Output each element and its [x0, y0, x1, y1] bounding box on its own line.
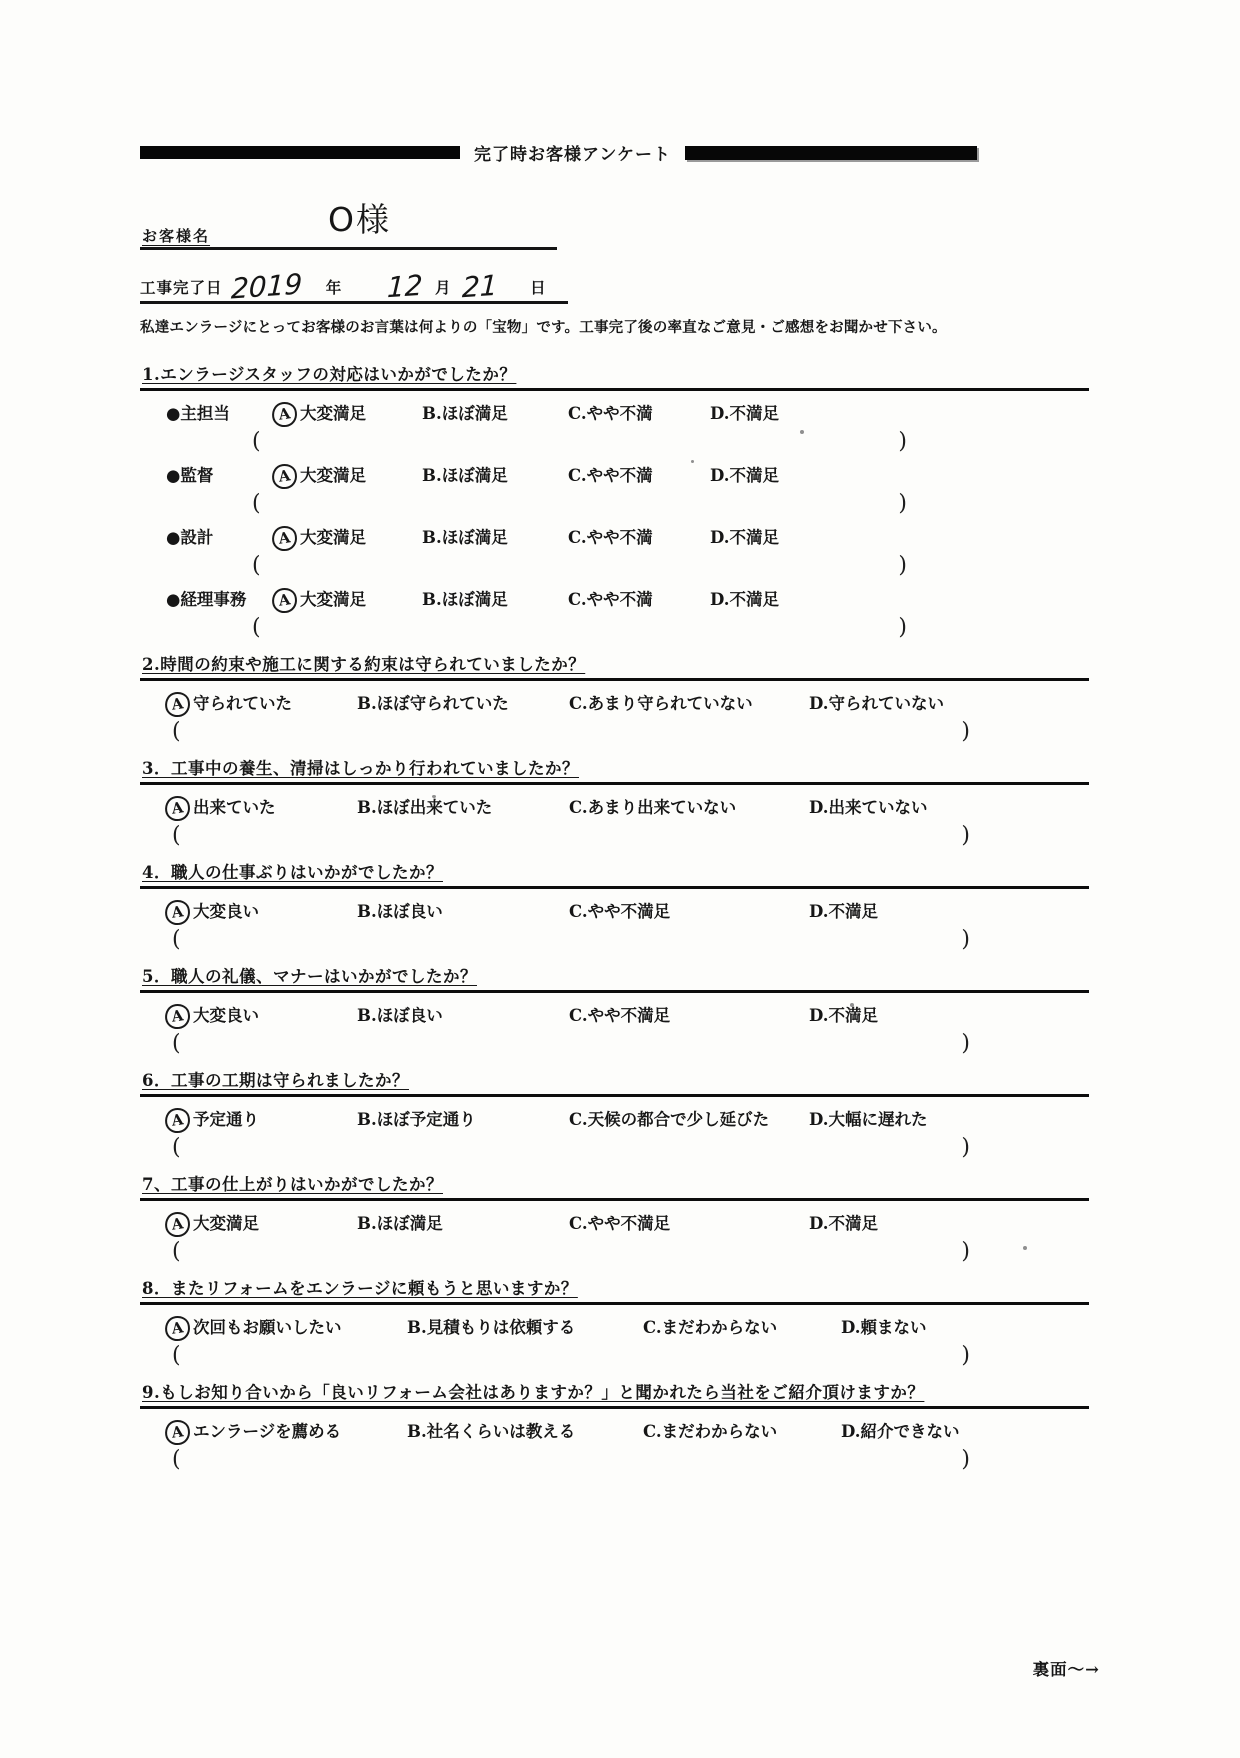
scan-speck — [1023, 1246, 1027, 1250]
option-d: D.不満足 — [710, 526, 779, 551]
handwritten-circle: A — [163, 1418, 191, 1446]
completion-date-year: 2019 — [230, 273, 302, 300]
option-c: C.やや不満足 — [569, 900, 809, 925]
survey-form-scan: 完了時お客様アンケート お客様名 O様 工事完了日 2019 年 12 月 21… — [0, 0, 1240, 1758]
form-header: 完了時お客様アンケート — [140, 140, 1085, 165]
option-a-letter: A — [277, 589, 292, 613]
option-c: C.まだわからない — [643, 1316, 841, 1341]
question-1: 1.エンラージスタッフの対応はいかがでしたか？ ●主担当 A 大変満足 B.ほぼ… — [140, 361, 1240, 639]
option-a-letter: A — [170, 1109, 185, 1133]
option-a-circled: A エンラージを薦める — [165, 1420, 407, 1445]
customer-name-value: O様 — [328, 194, 391, 241]
paren-close: ) — [898, 555, 907, 577]
option-c: C.やや不満 — [568, 464, 710, 489]
paren-close: ) — [898, 431, 907, 453]
question-6: 6．工事の工期は守られましたか？ A 予定通り B.ほぼ予定通り C.天候の都合… — [140, 1067, 1240, 1159]
handwritten-circle: A — [270, 400, 298, 428]
intro-text: 私達エンラージにとってお客様のお言葉は何よりの「宝物」です。工事完了後の率直なご… — [140, 316, 1115, 337]
option-a-text: 大変良い — [193, 900, 259, 925]
back-side-note: 裏面〜→ — [140, 1656, 1100, 1680]
question-8-title: 8．またリフォームをエンラージに頼もうと思いますか？ — [140, 1275, 1089, 1305]
comment-line: ( ) — [172, 1241, 970, 1263]
option-a-letter: A — [170, 1421, 185, 1445]
option-a-circled: A 大変良い — [165, 900, 357, 925]
option-a-circled: A 大変満足 — [272, 526, 422, 551]
question-6-title: 6．工事の工期は守られましたか？ — [140, 1067, 1089, 1097]
option-a-circled: A 予定通り — [165, 1108, 357, 1133]
option-a-letter: A — [170, 797, 185, 821]
option-a-text: 大変満足 — [300, 402, 366, 427]
customer-name-label: お客様名 — [142, 225, 210, 246]
question-4-title: 4．職人の仕事ぶりはいかがでしたか？ — [140, 859, 1089, 889]
option-a-circled: A 大変満足 — [272, 588, 422, 613]
handwritten-circle: A — [163, 898, 191, 926]
comment-line: ( ) — [172, 1345, 970, 1367]
paren-open: ( — [252, 617, 261, 639]
comment-line: ( ) — [252, 617, 907, 639]
paren-close: ) — [961, 1345, 970, 1367]
question-9-options: A エンラージを薦める B.社名くらいは教える C.まだわからない D.紹介でき… — [140, 1420, 1240, 1445]
paren-open: ( — [252, 431, 261, 453]
day-unit: 日 — [530, 276, 546, 298]
row-label: ●監督 — [166, 464, 272, 489]
option-d: D.守られていない — [809, 692, 944, 717]
handwritten-circle: A — [270, 524, 298, 552]
option-a-circled: A 大変満足 — [165, 1212, 357, 1237]
option-b: B.社名くらいは教える — [407, 1420, 643, 1445]
question-5-title: 5．職人の礼儀、マナーはいかがでしたか？ — [140, 963, 1089, 993]
comment-line: ( ) — [172, 1137, 970, 1159]
option-b: B.ほぼ守られていた — [357, 692, 569, 717]
comment-line: ( ) — [172, 929, 970, 951]
option-a-letter: A — [170, 693, 185, 717]
question-2: 2.時間の約束や施工に関する約束は守られていましたか？ A 守られていた B.ほ… — [140, 651, 1240, 743]
question-9: 9.もしお知り合いから「良いリフォーム会社はありますか？」と聞かれたら当社をご紹… — [140, 1379, 1240, 1471]
option-a-letter: A — [170, 901, 185, 925]
option-c: C.まだわからない — [643, 1420, 841, 1445]
option-b: B.ほぼ満足 — [422, 526, 568, 551]
option-a-text: 大変満足 — [300, 464, 366, 489]
comment-line: ( ) — [252, 431, 907, 453]
handwritten-circle: A — [163, 1002, 191, 1030]
comment-line: ( ) — [172, 825, 970, 847]
handwritten-circle: A — [163, 794, 191, 822]
row-label: ●主担当 — [166, 402, 272, 427]
scan-speck — [850, 1003, 854, 1007]
paren-open: ( — [172, 1345, 181, 1367]
handwritten-circle: A — [163, 1210, 191, 1238]
handwritten-circle: A — [163, 1106, 191, 1134]
option-b: B.見積もりは依頼する — [407, 1316, 643, 1341]
paren-open: ( — [172, 1033, 181, 1055]
question-7: 7、工事の仕上がりはいかがでしたか？ A 大変満足 B.ほぼ満足 C.やや不満足… — [140, 1171, 1240, 1263]
completion-date-field: 工事完了日 2019 年 12 月 21 日 — [140, 276, 568, 304]
paren-open: ( — [172, 825, 181, 847]
option-c: C.やや不満足 — [569, 1004, 809, 1029]
option-d: D.不満足 — [809, 1004, 878, 1029]
question-3: 3．工事中の養生、清掃はしっかり行われていましたか？ A 出来ていた B.ほぼ出… — [140, 755, 1240, 847]
option-d: D.不満足 — [809, 900, 878, 925]
option-c: C.やや不満 — [568, 402, 710, 427]
scan-speck — [432, 795, 436, 798]
question-3-title: 3．工事中の養生、清掃はしっかり行われていましたか？ — [140, 755, 1089, 785]
comment-line: ( ) — [172, 1033, 970, 1055]
question-1-title: 1.エンラージスタッフの対応はいかがでしたか？ — [140, 361, 1089, 391]
option-a-text: 守られていた — [193, 692, 292, 717]
option-a-text: 出来ていた — [193, 796, 276, 821]
option-a-circled: A 出来ていた — [165, 796, 357, 821]
completion-date-month: 12 — [387, 275, 423, 300]
handwritten-circle: A — [163, 1314, 191, 1342]
option-a-text: 大変満足 — [193, 1212, 259, 1237]
header-bar-left — [140, 146, 460, 159]
option-a-text: 予定通り — [193, 1108, 259, 1133]
scan-speck — [691, 460, 694, 463]
paren-close: ) — [898, 617, 907, 639]
option-c: C.やや不満 — [568, 588, 710, 613]
question-8-options: A 次回もお願いしたい B.見積もりは依頼する C.まだわからない D.頼まない — [140, 1316, 1240, 1341]
question-3-options: A 出来ていた B.ほぼ出来ていた C.あまり出来ていない D.出来ていない — [140, 796, 1240, 821]
paren-open: ( — [172, 1449, 181, 1471]
option-d: D.出来ていない — [809, 796, 927, 821]
option-b: B.ほぼ良い — [357, 1004, 569, 1029]
option-a-text: 大変満足 — [300, 526, 366, 551]
paren-close: ) — [961, 1033, 970, 1055]
paren-close: ) — [961, 929, 970, 951]
option-d: D.不満足 — [710, 588, 779, 613]
option-d: D.頼まない — [841, 1316, 926, 1341]
option-b: B.ほぼ良い — [357, 900, 569, 925]
option-c: C.あまり出来ていない — [569, 796, 809, 821]
option-a-letter: A — [170, 1317, 185, 1341]
option-a-letter: A — [277, 403, 292, 427]
option-a-letter: A — [170, 1005, 185, 1029]
handwritten-circle: A — [163, 690, 191, 718]
option-a-letter: A — [277, 465, 292, 489]
option-b: B.ほぼ出来ていた — [357, 796, 569, 821]
question-1-row-main-contact: ●主担当 A 大変満足 B.ほぼ満足 C.やや不満 D.不満足 — [140, 402, 1240, 427]
option-a-letter: A — [170, 1213, 185, 1237]
question-1-row-supervisor: ●監督 A 大変満足 B.ほぼ満足 C.やや不満 D.不満足 — [140, 464, 1240, 489]
scan-speck — [800, 430, 804, 434]
handwritten-circle: A — [270, 586, 298, 614]
paren-open: ( — [172, 721, 181, 743]
question-4-options: A 大変良い B.ほぼ良い C.やや不満足 D.不満足 — [140, 900, 1240, 925]
option-b: B.ほぼ予定通り — [357, 1108, 569, 1133]
form-title: 完了時お客様アンケート — [460, 140, 685, 165]
question-4: 4．職人の仕事ぶりはいかがでしたか？ A 大変良い B.ほぼ良い C.やや不満足… — [140, 859, 1240, 951]
option-d: D.紹介できない — [841, 1420, 959, 1445]
option-b: B.ほぼ満足 — [422, 588, 568, 613]
month-unit: 月 — [435, 276, 451, 298]
question-7-options: A 大変満足 B.ほぼ満足 C.やや不満足 D.不満足 — [140, 1212, 1240, 1237]
option-a-text: 大変満足 — [300, 588, 366, 613]
option-c: C.やや不満 — [568, 526, 710, 551]
option-b: B.ほぼ満足 — [422, 402, 568, 427]
question-9-title: 9.もしお知り合いから「良いリフォーム会社はありますか？」と聞かれたら当社をご紹… — [140, 1379, 1089, 1409]
comment-line: ( ) — [252, 493, 907, 515]
paren-close: ) — [961, 721, 970, 743]
comment-line: ( ) — [172, 1449, 970, 1471]
header-bar-right — [685, 146, 977, 160]
option-a-circled: A 守られていた — [165, 692, 357, 717]
option-a-circled: A 次回もお願いしたい — [165, 1316, 407, 1341]
paren-close: ) — [961, 1241, 970, 1263]
option-c: C.やや不満足 — [569, 1212, 809, 1237]
paren-open: ( — [172, 1137, 181, 1159]
handwritten-circle: A — [270, 462, 298, 490]
option-d: D.不満足 — [710, 464, 779, 489]
option-d: D.大幅に遅れた — [809, 1108, 927, 1133]
option-a-circled: A 大変良い — [165, 1004, 357, 1029]
completion-date-label: 工事完了日 — [140, 276, 223, 298]
row-label: ●設計 — [166, 526, 272, 551]
paren-close: ) — [961, 1137, 970, 1159]
question-5-options: A 大変良い B.ほぼ良い C.やや不満足 D.不満足 — [140, 1004, 1240, 1029]
option-d: D.不満足 — [809, 1212, 878, 1237]
paren-close: ) — [898, 493, 907, 515]
question-6-options: A 予定通り B.ほぼ予定通り C.天候の都合で少し延びた D.大幅に遅れた — [140, 1108, 1240, 1133]
option-c: C.天候の都合で少し延びた — [569, 1108, 809, 1133]
paren-open: ( — [252, 555, 261, 577]
question-2-options: A 守られていた B.ほぼ守られていた C.あまり守られていない D.守られてい… — [140, 692, 1240, 717]
question-1-row-accounting: ●経理事務 A 大変満足 B.ほぼ満足 C.やや不満 D.不満足 — [140, 588, 1240, 613]
option-a-letter: A — [277, 527, 292, 551]
option-a-circled: A 大変満足 — [272, 464, 422, 489]
question-8: 8．またリフォームをエンラージに頼もうと思いますか？ A 次回もお願いしたい B… — [140, 1275, 1240, 1367]
option-b: B.ほぼ満足 — [422, 464, 568, 489]
question-2-title: 2.時間の約束や施工に関する約束は守られていましたか？ — [140, 651, 1089, 681]
paren-close: ) — [961, 1449, 970, 1471]
question-7-title: 7、工事の仕上がりはいかがでしたか？ — [140, 1171, 1089, 1201]
option-a-text: 大変良い — [193, 1004, 259, 1029]
customer-name-field: お客様名 O様 — [140, 193, 557, 250]
question-5: 5．職人の礼儀、マナーはいかがでしたか？ A 大変良い B.ほぼ良い C.やや不… — [140, 963, 1240, 1055]
option-c: C.あまり守られていない — [569, 692, 809, 717]
paren-open: ( — [172, 1241, 181, 1263]
comment-line: ( ) — [172, 721, 970, 743]
completion-date-day: 21 — [462, 275, 498, 300]
question-1-row-design: ●設計 A 大変満足 B.ほぼ満足 C.やや不満 D.不満足 — [140, 526, 1240, 551]
paren-open: ( — [172, 929, 181, 951]
year-unit: 年 — [326, 276, 342, 298]
option-b: B.ほぼ満足 — [357, 1212, 569, 1237]
paren-open: ( — [252, 493, 261, 515]
option-d: D.不満足 — [710, 402, 779, 427]
option-a-text: エンラージを薦める — [193, 1420, 341, 1445]
paren-close: ) — [961, 825, 970, 847]
option-a-text: 次回もお願いしたい — [193, 1316, 342, 1341]
option-a-circled: A 大変満足 — [272, 402, 422, 427]
comment-line: ( ) — [252, 555, 907, 577]
row-label: ●経理事務 — [166, 588, 272, 613]
